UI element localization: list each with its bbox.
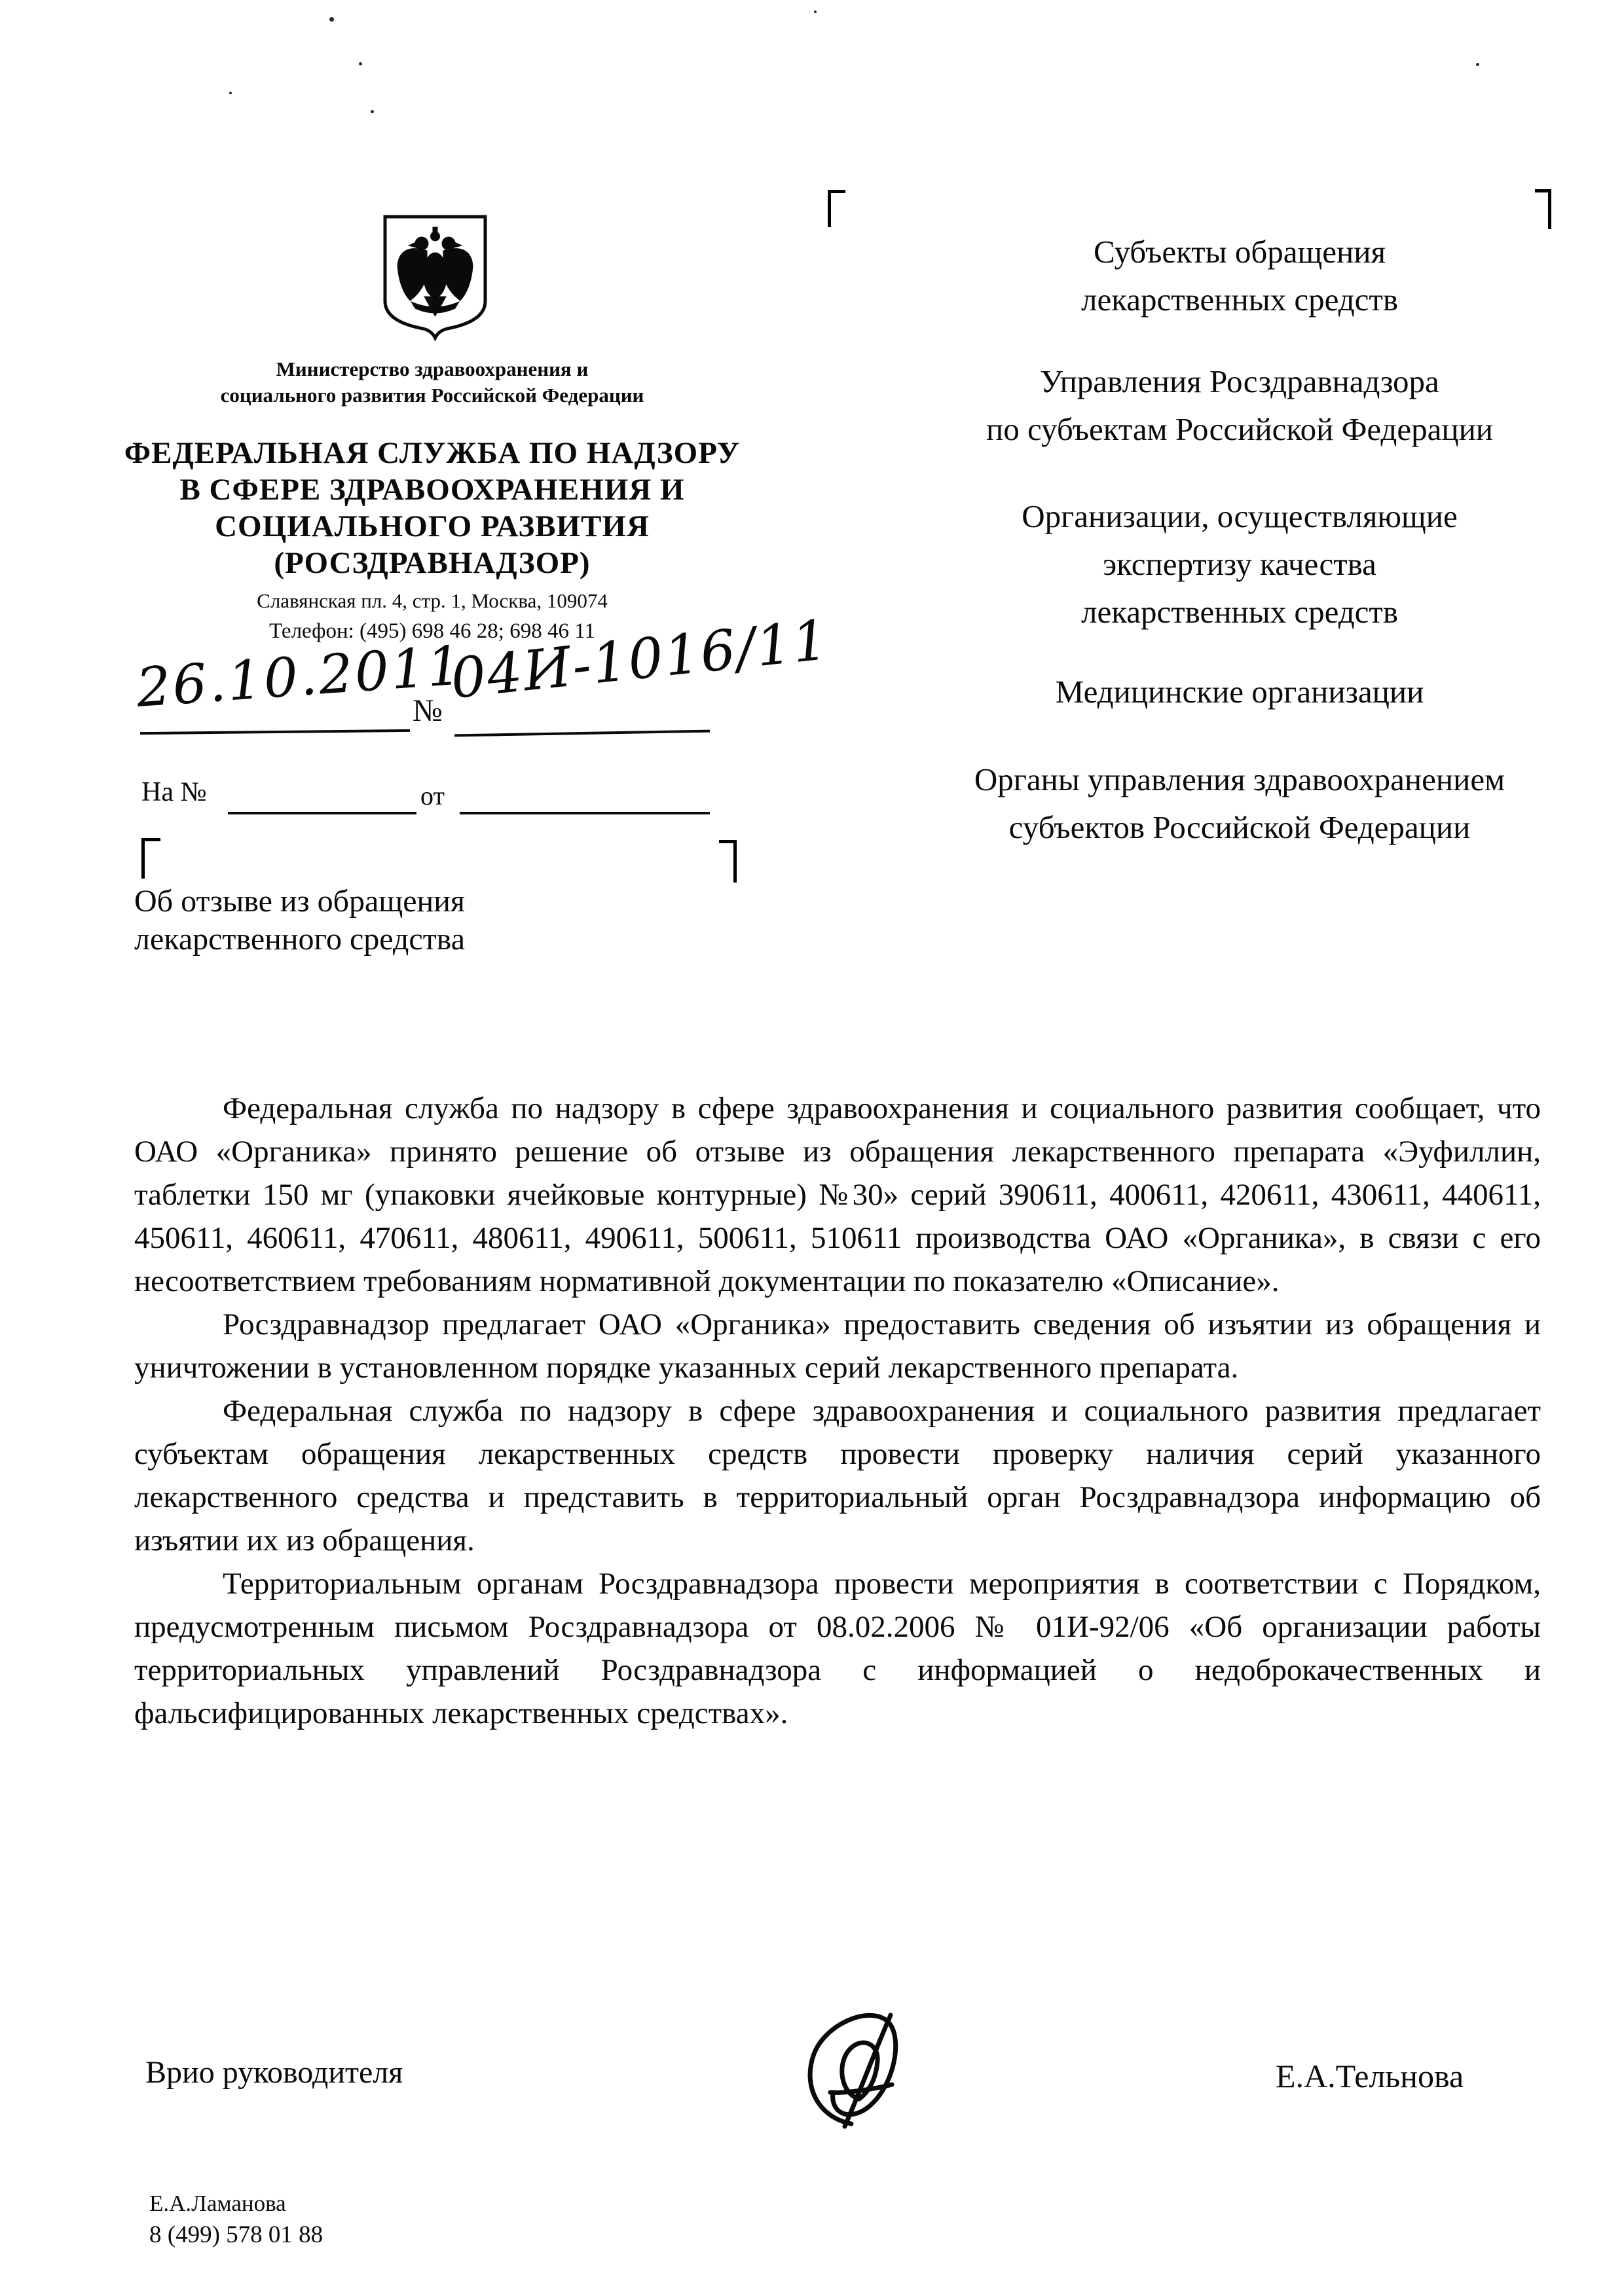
recipient-line: Субъекты обращения <box>909 228 1570 276</box>
recipient-line: лекарственных средств <box>909 588 1570 636</box>
scanned-letter-page: Министерство здравоохранения и социально… <box>0 0 1624 2296</box>
recipient-line: лекарственных средств <box>909 276 1570 323</box>
body-paragraph-1: Федеральная служба по надзору в сфере зд… <box>134 1087 1541 1303</box>
letterhead-address: Славянская пл. 4, стр. 1, Москва, 109074 <box>105 589 760 613</box>
letter-subject: Об отзыве из обращения лекарственного ср… <box>134 883 724 958</box>
recipient-line: Медицинские организации <box>909 668 1570 716</box>
scan-speck <box>359 62 362 65</box>
date-underline <box>140 729 410 735</box>
subject-line-1: Об отзыве из обращения <box>134 883 724 920</box>
executor-name: Е.А.Ламанова <box>149 2191 286 2217</box>
ministry-line-1: Министерство здравоохранения и <box>105 356 760 382</box>
executor-phone: 8 (499) 578 01 88 <box>149 2221 323 2249</box>
recipient-group-expert-organizations: Организации, осуществляющие экспертизу к… <box>909 492 1570 636</box>
recipient-line: по субъектам Российской Федерации <box>909 405 1570 453</box>
recipient-line: Организации, осуществляющие <box>909 492 1570 540</box>
service-name-line-1: ФЕДЕРАЛЬНАЯ СЛУЖБА ПО НАДЗОРУ <box>105 435 760 471</box>
scan-speck <box>329 17 334 22</box>
number-sign: № <box>413 693 443 729</box>
number-underline <box>454 730 710 737</box>
ministry-name: Министерство здравоохранения и социально… <box>105 356 760 409</box>
recipient-line: субъектов Российской Федерации <box>909 803 1570 851</box>
body-paragraph-2: Росздравнадзор предлагает ОАО «Органика»… <box>134 1303 1541 1389</box>
service-name-line-3: СОЦИАЛЬНОГО РАЗВИТИЯ <box>105 508 760 545</box>
scan-speck <box>371 110 374 113</box>
reply-number-label: На № <box>141 776 207 808</box>
signer-position-title: Врио руководителя <box>145 2054 403 2090</box>
reply-number-blank <box>228 812 416 814</box>
service-name-line-2: В СФЕРЕ ЗДРАВООХРАНЕНИЯ И <box>105 471 760 508</box>
handwritten-signature-icon <box>753 1995 950 2136</box>
recipient-group-health-authorities: Органы управления здравоохранением субъе… <box>909 756 1570 851</box>
service-name: ФЕДЕРАЛЬНАЯ СЛУЖБА ПО НАДЗОРУ В СФЕРЕ ЗД… <box>105 435 760 581</box>
recipient-group-departments: Управления Росздравнадзора по субъектам … <box>909 357 1570 453</box>
scan-speck <box>1476 63 1479 66</box>
reply-date-label: от <box>420 780 445 811</box>
body-paragraph-4: Территориальным органам Росздравнадзора … <box>134 1562 1541 1735</box>
fold-mark-top-left <box>828 190 845 227</box>
service-name-line-4: (РОСЗДРАВНАДЗОР) <box>105 545 760 581</box>
coat-of-arms-emblem <box>381 213 489 341</box>
body-paragraph-3: Федеральная служба по надзору в сфере зд… <box>134 1389 1541 1562</box>
recipient-group-medical-organizations: Медицинские организации <box>909 668 1570 716</box>
reply-date-blank <box>460 812 710 814</box>
signer-name: Е.А.Тельнова <box>1276 2057 1464 2095</box>
scan-speck <box>229 92 232 94</box>
recipient-group-subjects: Субъекты обращения лекарственных средств <box>909 228 1570 323</box>
scan-speck <box>814 10 817 13</box>
fold-mark-subject-right <box>719 840 737 883</box>
recipient-line: экспертизу качества <box>909 540 1570 588</box>
letter-body: Федеральная служба по надзору в сфере зд… <box>134 1087 1541 1735</box>
recipient-line: Органы управления здравоохранением <box>909 756 1570 803</box>
russian-coat-of-arms-icon <box>381 213 489 341</box>
subject-line-2: лекарственного средства <box>134 920 724 958</box>
fold-mark-top-right <box>1535 189 1551 229</box>
recipient-line: Управления Росздравнадзора <box>909 357 1570 405</box>
fold-mark-subject-left <box>141 838 160 879</box>
ministry-line-2: социального развития Российской Федераци… <box>105 382 760 409</box>
